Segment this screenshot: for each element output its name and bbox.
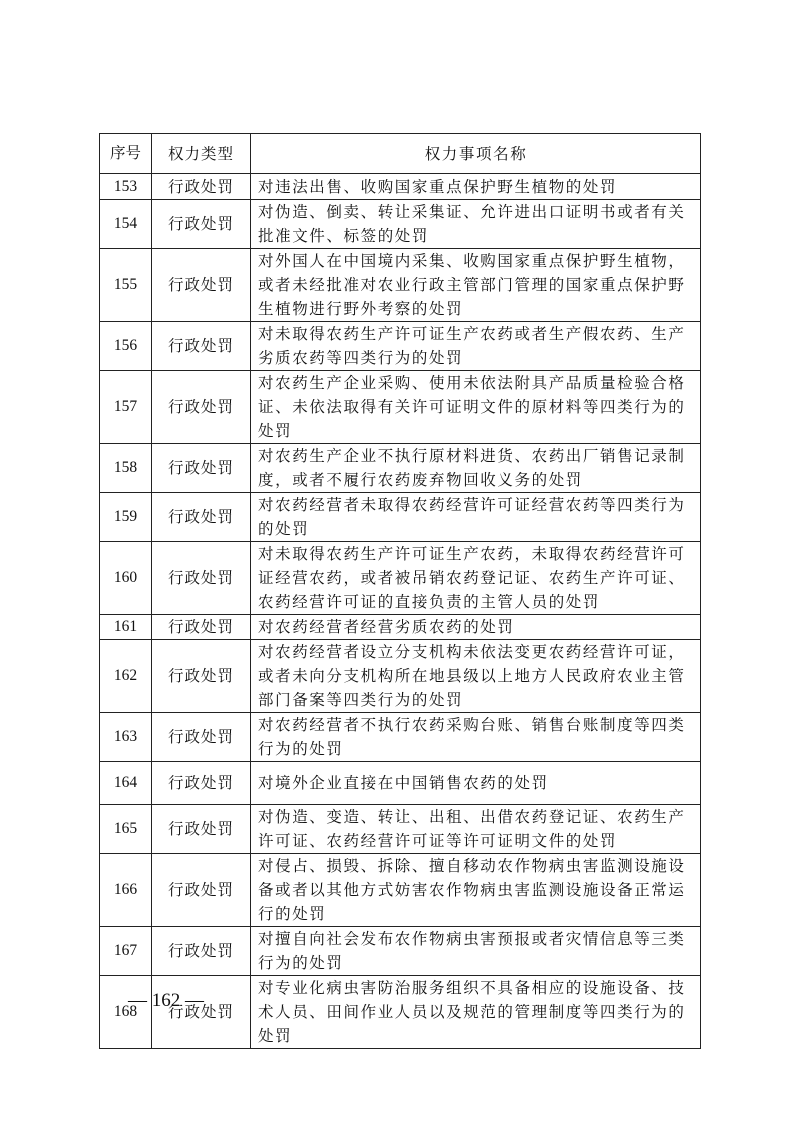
row-power-item-name: 对未取得农药生产许可证生产农药或者生产假农药、生产劣质农药等四类行为的处罚: [251, 322, 701, 371]
row-power-type: 行政处罚: [152, 542, 251, 615]
row-serial-number: 166: [100, 854, 152, 927]
table-row: 167行政处罚对擅自向社会发布农作物病虫害预报或者灾情信息等三类行为的处罚: [100, 927, 701, 976]
document-page: 序号 权力类型 权力事项名称 153行政处罚对违法出售、收购国家重点保护野生植物…: [0, 0, 793, 1122]
row-power-type: 行政处罚: [152, 444, 251, 493]
row-serial-number: 160: [100, 542, 152, 615]
row-serial-number: 153: [100, 174, 152, 200]
row-power-type: 行政处罚: [152, 322, 251, 371]
table-row: 160行政处罚对未取得农药生产许可证生产农药，未取得农药经营许可证经营农药，或者…: [100, 542, 701, 615]
row-serial-number: 164: [100, 762, 152, 805]
row-power-item-name: 对未取得农药生产许可证生产农药，未取得农药经营许可证经营农药，或者被吊销农药登记…: [251, 542, 701, 615]
table-row: 168行政处罚对专业化病虫害防治服务组织不具备相应的设施设备、技术人员、田间作业…: [100, 976, 701, 1049]
row-power-item-name: 对侵占、损毁、拆除、擅自移动农作物病虫害监测设施设备或者以其他方式妨害农作物病虫…: [251, 854, 701, 927]
table-row: 162行政处罚对农药经营者设立分支机构未依法变更农药经营许可证，或者未向分支机构…: [100, 640, 701, 713]
power-items-table: 序号 权力类型 权力事项名称 153行政处罚对违法出售、收购国家重点保护野生植物…: [99, 133, 701, 1049]
row-power-type: 行政处罚: [152, 976, 251, 1049]
table-row: 159行政处罚对农药经营者未取得农药经营许可证经营农药等四类行为的处罚: [100, 493, 701, 542]
table-body: 153行政处罚对违法出售、收购国家重点保护野生植物的处罚154行政处罚对伪造、倒…: [100, 174, 701, 1049]
row-power-item-name: 对违法出售、收购国家重点保护野生植物的处罚: [251, 174, 701, 200]
row-power-item-name: 对专业化病虫害防治服务组织不具备相应的设施设备、技术人员、田间作业人员以及规范的…: [251, 976, 701, 1049]
row-serial-number: 156: [100, 322, 152, 371]
table-row: 161行政处罚对农药经营者经营劣质农药的处罚: [100, 615, 701, 640]
header-serial-number: 序号: [100, 134, 152, 174]
row-power-item-name: 对境外企业直接在中国销售农药的处罚: [251, 762, 701, 805]
row-power-item-name: 对农药生产企业采购、使用未依法附具产品质量检验合格证、未依法取得有关许可证明文件…: [251, 371, 701, 444]
row-serial-number: 159: [100, 493, 152, 542]
table-row: 157行政处罚对农药生产企业采购、使用未依法附具产品质量检验合格证、未依法取得有…: [100, 371, 701, 444]
row-power-type: 行政处罚: [152, 493, 251, 542]
page-number: — 162 —: [128, 990, 204, 1012]
row-serial-number: 163: [100, 713, 152, 762]
row-power-item-name: 对外国人在中国境内采集、收购国家重点保护野生植物，或者未经批准对农业行政主管部门…: [251, 249, 701, 322]
table-row: 163行政处罚对农药经营者不执行农药采购台账、销售台账制度等四类行为的处罚: [100, 713, 701, 762]
row-serial-number: 155: [100, 249, 152, 322]
row-power-type: 行政处罚: [152, 174, 251, 200]
table-row: 154行政处罚对伪造、倒卖、转让采集证、允许进出口证明书或者有关批准文件、标签的…: [100, 200, 701, 249]
header-power-item-name: 权力事项名称: [251, 134, 701, 174]
row-serial-number: 158: [100, 444, 152, 493]
table-row: 155行政处罚对外国人在中国境内采集、收购国家重点保护野生植物，或者未经批准对农…: [100, 249, 701, 322]
row-serial-number: 161: [100, 615, 152, 640]
row-power-item-name: 对农药经营者设立分支机构未依法变更农药经营许可证，或者未向分支机构所在地县级以上…: [251, 640, 701, 713]
row-power-type: 行政处罚: [152, 371, 251, 444]
row-serial-number: 165: [100, 805, 152, 854]
table-row: 166行政处罚对侵占、损毁、拆除、擅自移动农作物病虫害监测设施设备或者以其他方式…: [100, 854, 701, 927]
row-power-type: 行政处罚: [152, 713, 251, 762]
row-power-type: 行政处罚: [152, 249, 251, 322]
row-power-type: 行政处罚: [152, 805, 251, 854]
row-serial-number: 162: [100, 640, 152, 713]
row-power-type: 行政处罚: [152, 927, 251, 976]
table-header-row: 序号 权力类型 权力事项名称: [100, 134, 701, 174]
row-power-item-name: 对擅自向社会发布农作物病虫害预报或者灾情信息等三类行为的处罚: [251, 927, 701, 976]
row-power-type: 行政处罚: [152, 615, 251, 640]
row-power-item-name: 对农药经营者经营劣质农药的处罚: [251, 615, 701, 640]
row-power-type: 行政处罚: [152, 762, 251, 805]
row-power-item-name: 对农药生产企业不执行原材料进货、农药出厂销售记录制度，或者不履行农药废弃物回收义…: [251, 444, 701, 493]
row-serial-number: 157: [100, 371, 152, 444]
table-row: 156行政处罚对未取得农药生产许可证生产农药或者生产假农药、生产劣质农药等四类行…: [100, 322, 701, 371]
row-serial-number: 154: [100, 200, 152, 249]
row-power-item-name: 对伪造、变造、转让、出租、出借农药登记证、农药生产许可证、农药经营许可证等许可证…: [251, 805, 701, 854]
row-power-type: 行政处罚: [152, 200, 251, 249]
row-power-type: 行政处罚: [152, 854, 251, 927]
table-row: 153行政处罚对违法出售、收购国家重点保护野生植物的处罚: [100, 174, 701, 200]
row-power-item-name: 对农药经营者不执行农药采购台账、销售台账制度等四类行为的处罚: [251, 713, 701, 762]
table-row: 158行政处罚对农药生产企业不执行原材料进货、农药出厂销售记录制度，或者不履行农…: [100, 444, 701, 493]
header-power-type: 权力类型: [152, 134, 251, 174]
row-serial-number: 167: [100, 927, 152, 976]
table-row: 165行政处罚对伪造、变造、转让、出租、出借农药登记证、农药生产许可证、农药经营…: [100, 805, 701, 854]
row-power-item-name: 对农药经营者未取得农药经营许可证经营农药等四类行为的处罚: [251, 493, 701, 542]
row-power-item-name: 对伪造、倒卖、转让采集证、允许进出口证明书或者有关批准文件、标签的处罚: [251, 200, 701, 249]
table-row: 164行政处罚对境外企业直接在中国销售农药的处罚: [100, 762, 701, 805]
row-serial-number: 168: [100, 976, 152, 1049]
row-power-type: 行政处罚: [152, 640, 251, 713]
